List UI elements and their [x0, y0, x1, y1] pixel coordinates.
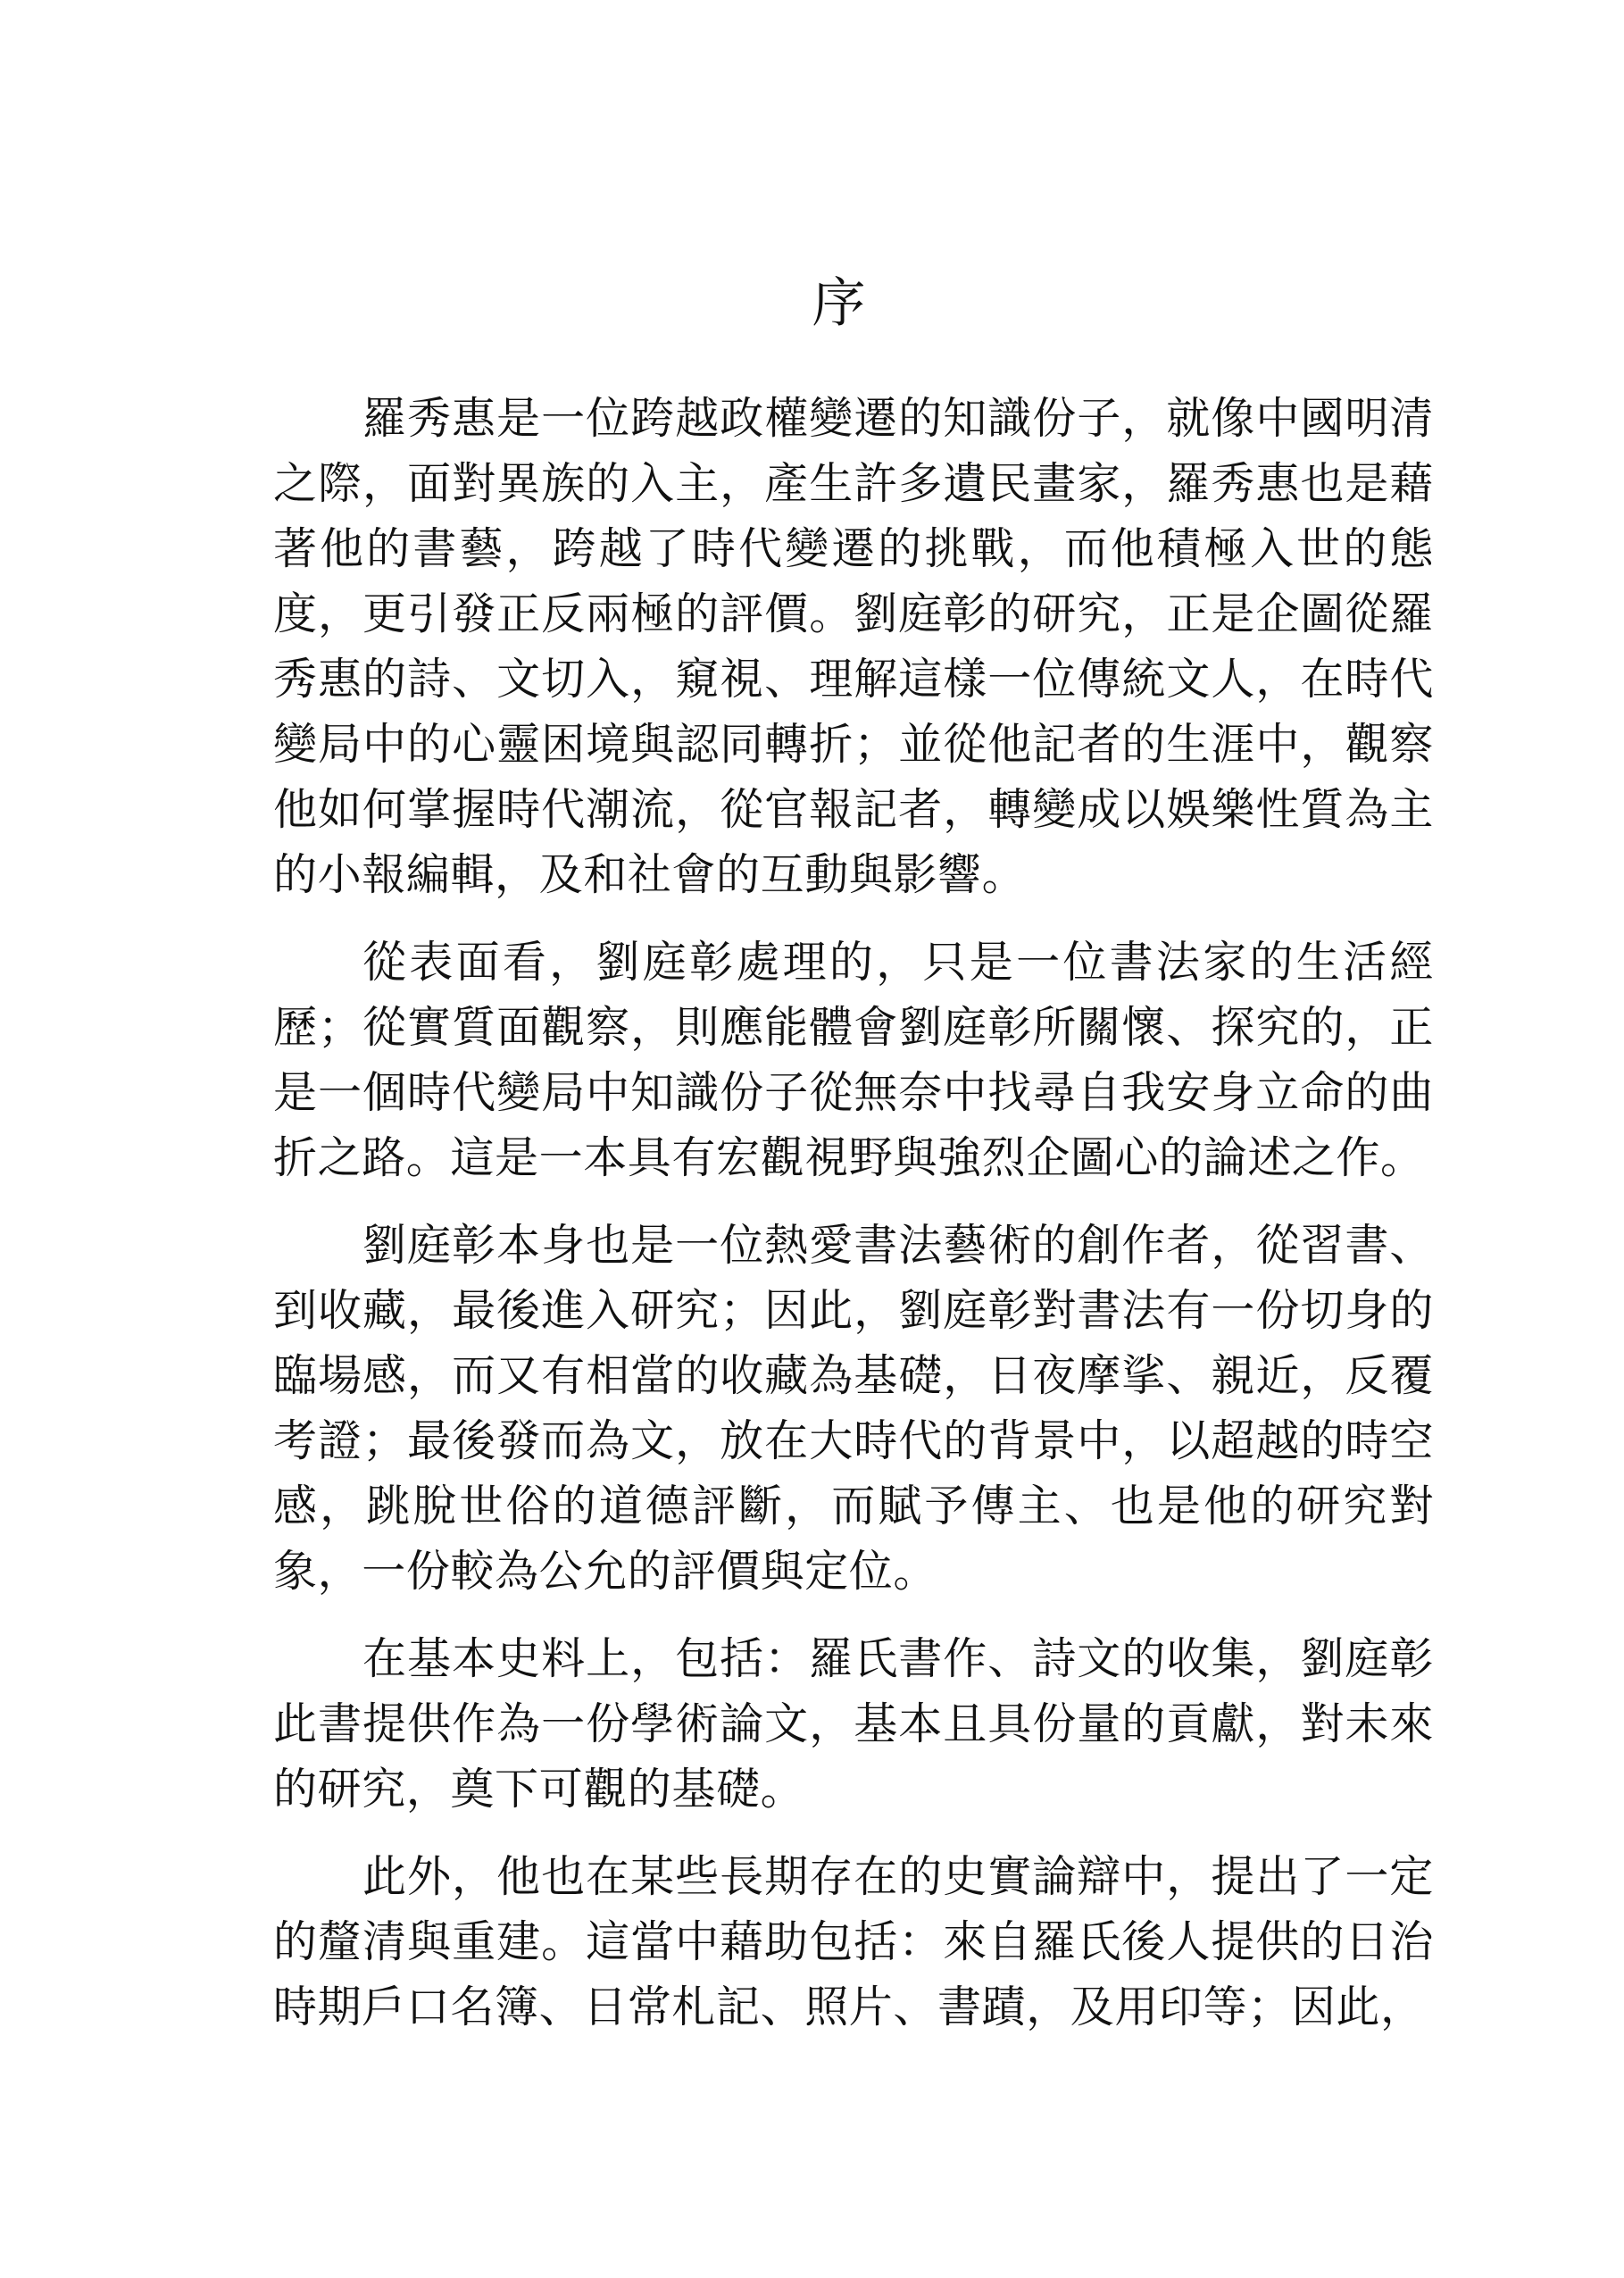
document-page: 序 羅秀惠是一位跨越政權變遷的知識份子，就像中國明清之際，面對異族的入主，產生許… [0, 0, 1624, 2278]
paragraph-1: 羅秀惠是一位跨越政權變遷的知識份子，就像中國明清之際，面對異族的入主，產生許多遺… [273, 386, 1434, 907]
page-title: 序 [0, 268, 1624, 339]
paragraph-4: 在基本史料上，包括：羅氏書作、詩文的收集，劉庭彰此書提供作為一份學術論文，基本且… [273, 1626, 1434, 1822]
paragraph-3: 劉庭彰本身也是一位熱愛書法藝術的創作者，從習書、到收藏，最後進入研究；因此，劉庭… [273, 1213, 1434, 1604]
paragraph-5: 此外，他也在某些長期存在的史實論辯中，提出了一定的釐清與重建。這當中藉助包括：來… [273, 1844, 1434, 2040]
paragraph-2: 從表面看，劉庭彰處理的，只是一位書法家的生活經歷；從實質面觀察，則應能體會劉庭彰… [273, 930, 1434, 1190]
preface-body: 羅秀惠是一位跨越政權變遷的知識份子，就像中國明清之際，面對異族的入主，產生許多遺… [273, 386, 1434, 2062]
